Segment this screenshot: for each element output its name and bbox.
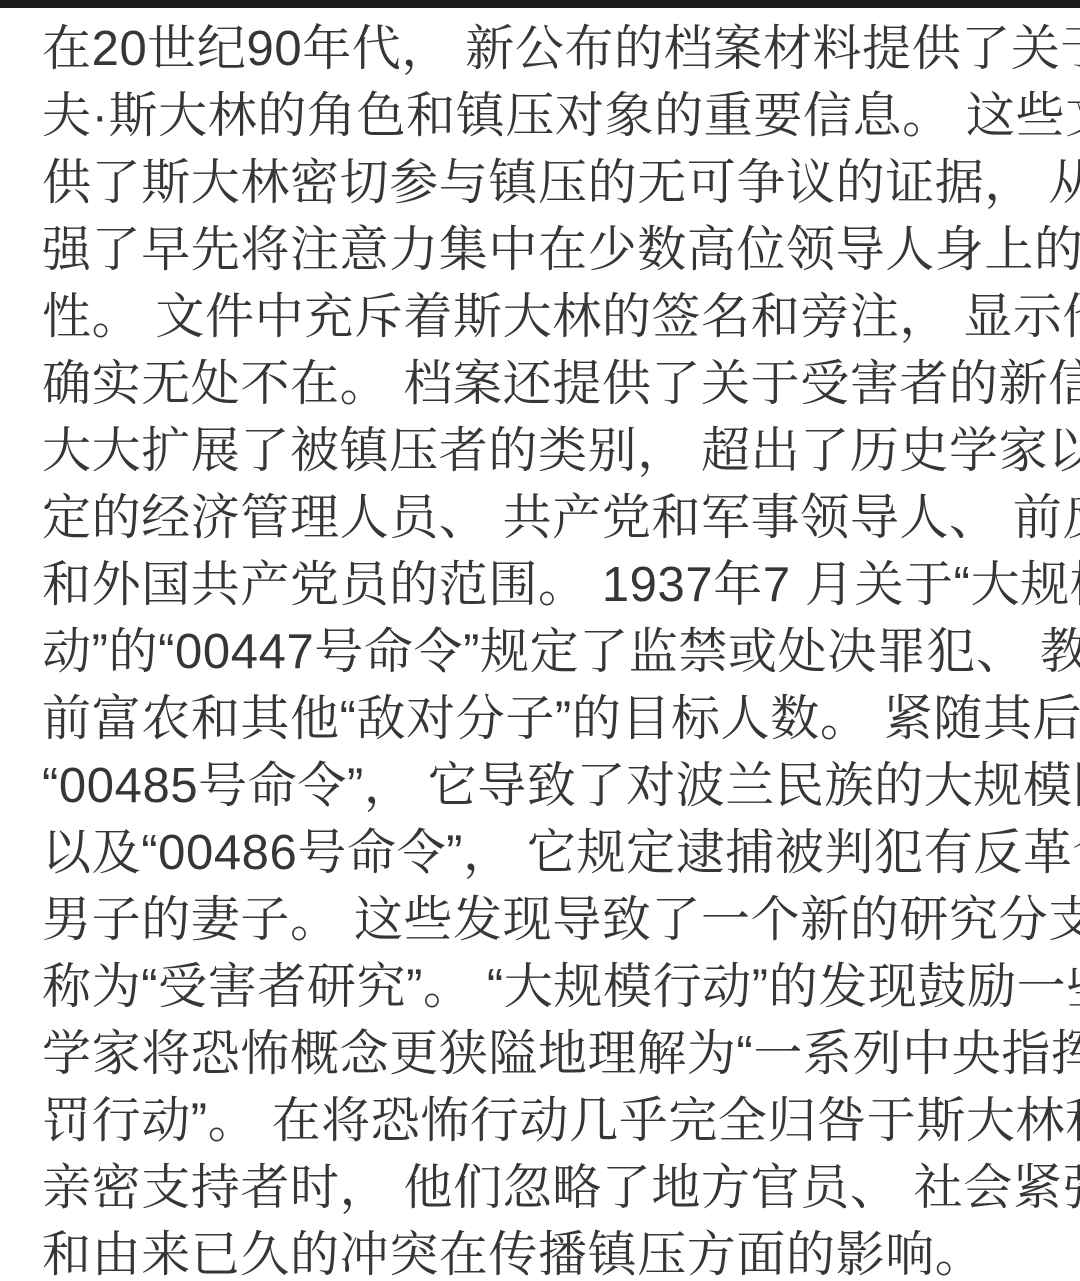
article-paragraph: 在20世纪90年代， 新公布的档案材料提供了关于约瑟 夫·斯大林的角色和镇压对象… [0,8,1080,1281]
paragraph-line: 大大扩展了被镇压者的类别， 超出了历史学家以前确 [42,418,1042,485]
paragraph-line: 和由来已久的冲突在传播镇压方面的影响。 [42,1222,1042,1281]
paragraph-line: 和外国共产党员的范围。 1937年7 月关于“大规模行 [42,552,1042,619]
paragraph-line: 确实无处不在。 档案还提供了关于受害者的新信息， [42,351,1042,418]
paragraph-line: 强了早先将注意力集中在少数高位领导人身上的倾向 [42,217,1042,284]
paragraph-line: 定的经济管理人员、 共产党和军事领导人、 前反对派 [42,485,1042,552]
paragraph-line: 动”的“00447号命令”规定了监禁或处决罪犯、 教士、 [42,619,1042,686]
paragraph-line: 以及“00486号命令”， 它规定逮捕被判犯有反革命罪的 [42,820,1042,887]
paragraph-line: 称为“受害者研究”。 “大规模行动”的发现鼓励一些历史 [42,954,1042,1021]
top-edge-bar [0,0,1080,8]
paragraph-line: “00485号命令”， 它导致了对波兰民族的大规模围捕， [42,753,1042,820]
paragraph-line: 性。 文件中充斥着斯大林的签名和旁注， 显示他的手 [42,284,1042,351]
paragraph-line: 罚行动”。 在将恐怖行动几乎完全归咎于斯大林和他的 [42,1088,1042,1155]
paragraph-line: 男子的妻子。 这些发现导致了一个新的研究分支， 被 [42,887,1042,954]
paragraph-line: 夫·斯大林的角色和镇压对象的重要信息。 这些文件提 [42,83,1042,150]
paragraph-line: 亲密支持者时， 他们忽略了地方官员、 社会紧张局势 [42,1155,1042,1222]
paragraph-line: 在20世纪90年代， 新公布的档案材料提供了关于约瑟 [42,16,1042,83]
paragraph-line: 学家将恐怖概念更狭隘地理解为“一系列中央指挥的惩 [42,1021,1042,1088]
paragraph-line: 前富农和其他“敌对分子”的目标人数。 紧随其后的是 [42,686,1042,753]
paragraph-line: 供了斯大林密切参与镇压的无可争议的证据， 从而加 [42,150,1042,217]
